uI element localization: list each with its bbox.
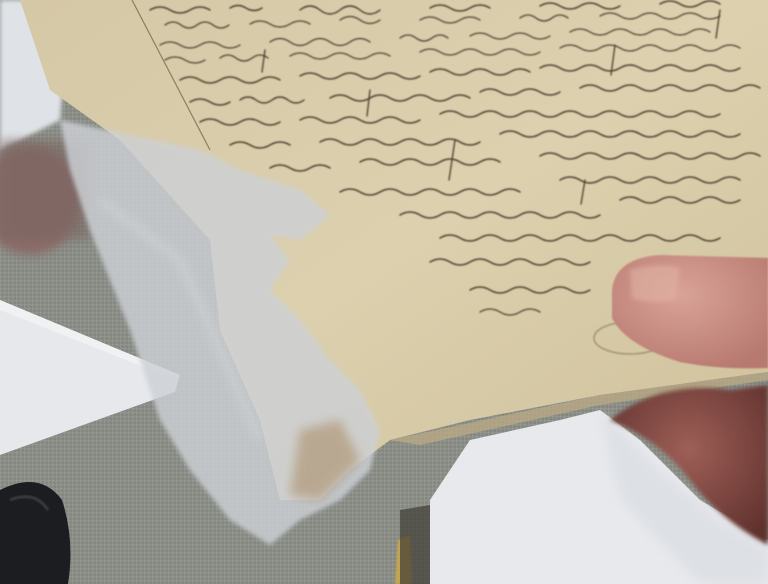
photo-canvas: [0, 0, 768, 584]
thumbnail: [630, 265, 680, 302]
photo-scene: [0, 0, 768, 584]
